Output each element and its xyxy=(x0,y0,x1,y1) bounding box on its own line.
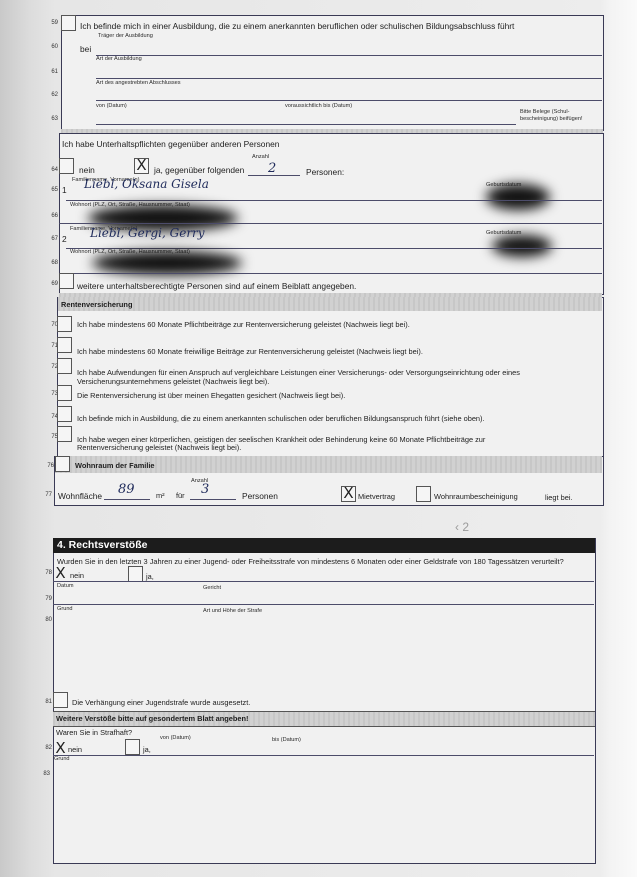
rente-heading: Rentenversicherung xyxy=(61,300,132,309)
rente-checkbox[interactable] xyxy=(57,316,72,332)
bis-datum-label: bis (Datum) xyxy=(272,737,301,743)
unterhalt-ja-checkbox[interactable] xyxy=(134,158,149,174)
anzahl-line xyxy=(248,175,300,176)
row-number: 73 xyxy=(44,391,58,397)
grund-label: Grund xyxy=(54,756,70,762)
nein-label: nein xyxy=(79,165,95,175)
rente-text-line2: Rentenversicherung geleistet (Nachweis l… xyxy=(77,443,241,452)
rente-heading-band xyxy=(58,297,602,311)
q78-line xyxy=(53,581,594,582)
pencil-mark: ‹ 2 xyxy=(455,520,469,534)
recht-heading-band: 4. Rechtsverstöße xyxy=(53,538,595,553)
rente-checkbox[interactable] xyxy=(57,426,72,442)
recht-question: Wurden Sie in den letzten 3 Jahren zu ei… xyxy=(57,557,564,566)
person-2-addr-line xyxy=(59,273,602,274)
gericht-label: Gericht xyxy=(203,585,221,591)
strafhaft-grund-textarea[interactable] xyxy=(54,763,594,861)
person-index: 1 xyxy=(62,185,67,195)
person-index: 2 xyxy=(62,234,67,244)
rente-text: Ich habe mindestens 60 Monate Pflichtbei… xyxy=(77,320,410,329)
traeger-label: Träger der Ausbildung xyxy=(98,33,153,39)
row-number: 76 xyxy=(40,463,54,469)
row-number: 71 xyxy=(44,343,58,349)
row-number: 59 xyxy=(44,20,58,26)
person-1-addr-line xyxy=(59,223,602,224)
unterhalt-heading: Ich habe Unterhaltspflichten gegenüber a… xyxy=(62,139,279,149)
row-number: 64 xyxy=(44,167,58,173)
row-number: 70 xyxy=(44,322,58,328)
row-number: 63 xyxy=(44,116,58,122)
art-abschluss-input[interactable] xyxy=(96,100,602,101)
row-number: 62 xyxy=(44,92,58,98)
rente-text: Die Rentenversicherung ist über meinen E… xyxy=(77,391,345,400)
wohnraum-checkbox[interactable] xyxy=(55,456,70,472)
personen-label: Personen: xyxy=(306,167,344,177)
ja-label: ja, xyxy=(146,572,154,581)
row-number: 67 xyxy=(44,236,58,242)
row-number: 77 xyxy=(38,492,52,498)
recht-heading: 4. Rechtsverstöße xyxy=(57,539,147,551)
rente-checkbox[interactable] xyxy=(57,406,72,422)
row-number: 81 xyxy=(38,699,52,705)
datum-label: Datum xyxy=(57,583,73,589)
wohnflaeche-value[interactable]: 89 xyxy=(118,482,135,497)
wohnraum-bescheinigung-label: Wohnraumbescheinigung xyxy=(434,492,518,501)
ausbildung-question: Ich befinde mich in einer Ausbildung, di… xyxy=(80,21,514,31)
row-number: 78 xyxy=(38,570,52,576)
rente-text: Ich befinde mich in Ausbildung, die zu e… xyxy=(77,414,485,423)
wohnraum-heading: Wohnraum der Familie xyxy=(75,461,155,470)
bis-datum-label: voraussichtlich bis (Datum) xyxy=(285,103,352,109)
rente-text: Ich habe mindestens 60 Monate freiwillig… xyxy=(77,347,423,356)
row-number: 61 xyxy=(44,69,58,75)
rente-text-line2: Versicherungsunternehmens geleistet (Nac… xyxy=(77,377,269,386)
mietvertrag-checkbox[interactable] xyxy=(341,486,356,502)
art-ausbildung-label: Art der Ausbildung xyxy=(96,56,142,62)
row-number: 79 xyxy=(38,596,52,602)
row-number: 65 xyxy=(44,187,58,193)
wohnraum-bescheinigung-checkbox[interactable] xyxy=(416,486,431,502)
traeger-input[interactable] xyxy=(96,55,602,56)
personen-line xyxy=(190,499,236,500)
redacted-birthdate xyxy=(492,235,552,257)
rente-text: Ich habe Aufwendungen für einen Anspruch… xyxy=(77,368,520,377)
nein-label: nein xyxy=(70,571,84,580)
strafhaft-question: Waren Sie in Strafhaft? xyxy=(56,728,132,737)
datum-input[interactable] xyxy=(96,124,516,125)
liegt-bei-label: liegt bei. xyxy=(545,493,573,502)
ausbildung-checkbox[interactable] xyxy=(61,15,76,31)
jugendstrafe-checkbox[interactable] xyxy=(53,692,68,708)
recht-ja-checkbox[interactable] xyxy=(128,566,143,582)
art-abschluss-label: Art des angestrebten Abschlusses xyxy=(96,80,181,86)
recht-nein-checkbox[interactable] xyxy=(53,566,68,582)
grund-label: Grund xyxy=(57,606,73,612)
row-number: 72 xyxy=(44,364,58,370)
mietvertrag-label: Mietvertrag xyxy=(358,492,395,501)
person-1-name-line xyxy=(66,200,602,201)
rente-checkbox[interactable] xyxy=(57,385,72,401)
row-number: 69 xyxy=(44,281,58,287)
unterhalt-nein-checkbox[interactable] xyxy=(59,158,74,174)
anzahl-label: Anzahl xyxy=(252,154,269,160)
row-number: 80 xyxy=(38,617,52,623)
unit-label: m² xyxy=(156,491,165,500)
gericht-input[interactable] xyxy=(53,604,594,605)
redacted-birthdate xyxy=(486,184,550,210)
belege-note: Bitte Belege (Schul-bescheinigung) beifü… xyxy=(520,109,583,123)
strafhaft-ja-checkbox[interactable] xyxy=(125,739,140,755)
row-number: 68 xyxy=(44,260,58,266)
strafhaft-line xyxy=(53,755,594,756)
von-datum-label: von (Datum) xyxy=(160,735,191,741)
personen-value[interactable]: 3 xyxy=(201,482,209,497)
rente-checkbox[interactable] xyxy=(57,337,72,353)
rente-checkbox[interactable] xyxy=(57,358,72,374)
nein-label: nein xyxy=(68,745,82,754)
ja-label: ja, gegenüber folgenden xyxy=(154,165,244,175)
art-ausbildung-input[interactable] xyxy=(96,78,602,79)
row-number: 66 xyxy=(44,213,58,219)
von-datum-label: von (Datum) xyxy=(96,103,127,109)
personen-label: Personen xyxy=(242,491,278,501)
ja-label: ja, xyxy=(143,745,151,754)
jugendstrafe-label: Die Verhängung einer Jugendstrafe wurde … xyxy=(72,698,250,707)
person-1-name[interactable]: Liebl, Oksana Gisela xyxy=(84,177,209,191)
bei-label: bei xyxy=(80,44,91,54)
redacted-address xyxy=(92,251,242,275)
row-number: 83 xyxy=(36,771,50,777)
weitere-note: Weitere Verstöße bitte auf gesondertem B… xyxy=(56,714,248,723)
anzahl-value[interactable]: 2 xyxy=(268,161,276,176)
person-2-name[interactable]: Liebl, Gergi, Gerry xyxy=(90,226,205,240)
fuer-label: für xyxy=(176,491,185,500)
beiblatt-label: weitere unterhaltsberechtigte Personen s… xyxy=(77,281,356,291)
beiblatt-checkbox[interactable] xyxy=(59,273,74,289)
grund-textarea[interactable] xyxy=(54,614,594,692)
wohnflaeche-line xyxy=(104,499,150,500)
row-number: 60 xyxy=(44,44,58,50)
row-number: 74 xyxy=(44,414,58,420)
wohnflaeche-label: Wohnfläche xyxy=(58,491,102,501)
row-number: 75 xyxy=(44,434,58,440)
row-number: 82 xyxy=(38,745,52,751)
